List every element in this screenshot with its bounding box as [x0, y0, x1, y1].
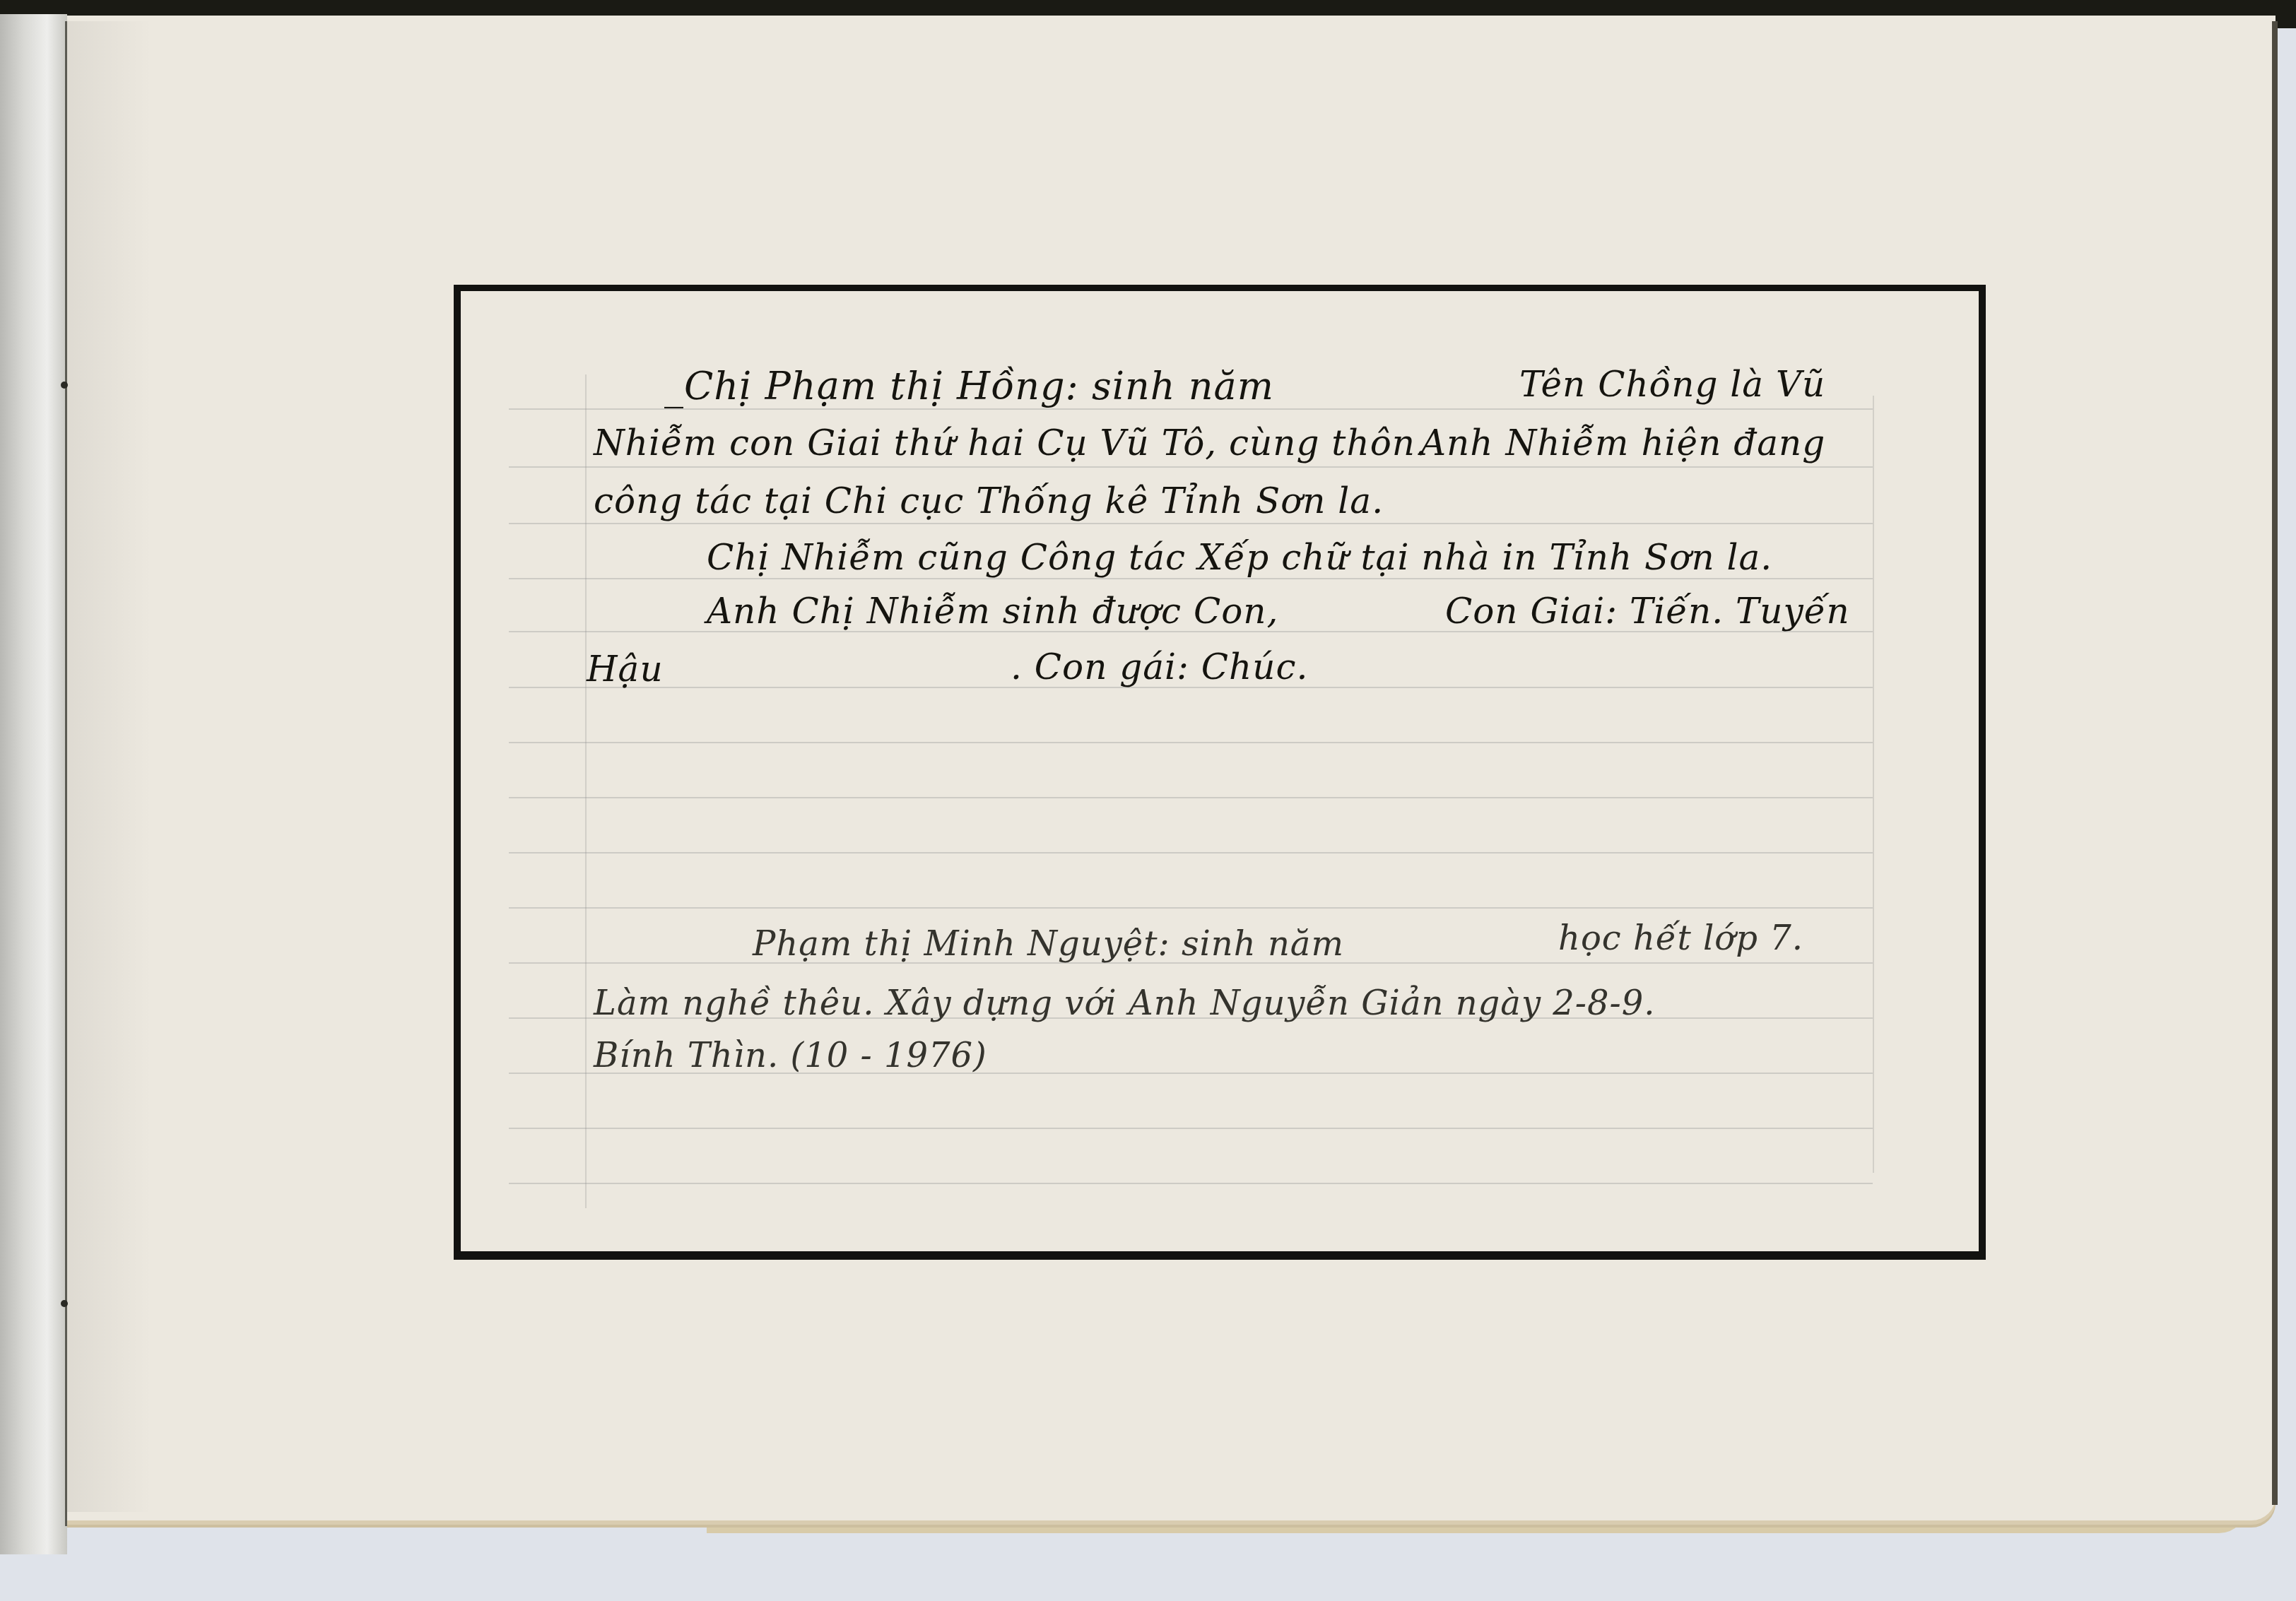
- entry-1-line-son-hau: Hậu: [587, 649, 664, 690]
- entry-1-line-children: Anh Chị Nhiễm sinh được Con,: [707, 591, 1278, 632]
- entry-1-line-daughter: . Con gái: Chúc.: [1011, 646, 1308, 687]
- entry-1-line-husband: Tên Chồng là Vũ: [1519, 364, 1825, 405]
- page-stack-edge: [2272, 21, 2278, 1505]
- entry-1-line-work-prefix: Anh Nhiễm hiện đang: [1420, 423, 1825, 463]
- gutter-shadow: [67, 21, 152, 1512]
- entry-2-line-name: Phạm thị Minh Nguyệt: sinh năm: [753, 924, 1344, 964]
- entry-2-line-marriage: Làm nghề thêu. Xây dựng với Anh Nguyễn G…: [594, 983, 1656, 1023]
- entry-1-line-name: _Chị Phạm thị Hồng: sinh năm: [664, 364, 1274, 408]
- entry-1-line-workplace: công tác tại Chi cục Thống kê Tỉnh Sơn l…: [594, 480, 1384, 521]
- entry-1-line-sons: Con Giai: Tiến. Tuyến: [1445, 591, 1850, 632]
- book-binding: [0, 14, 67, 1554]
- entry-2-line-date: Bính Thìn. (10 - 1976): [594, 1036, 987, 1075]
- entry-1-line-wife-work: Chị Nhiễm cũng Công tác Xếp chữ tại nhà …: [707, 537, 1772, 578]
- entry-2-line-education: học hết lớp 7.: [1558, 918, 1803, 958]
- entry-1-line-son: Nhiễm con Giai thứ hai Cụ Vũ Tô, cùng th…: [594, 423, 1427, 463]
